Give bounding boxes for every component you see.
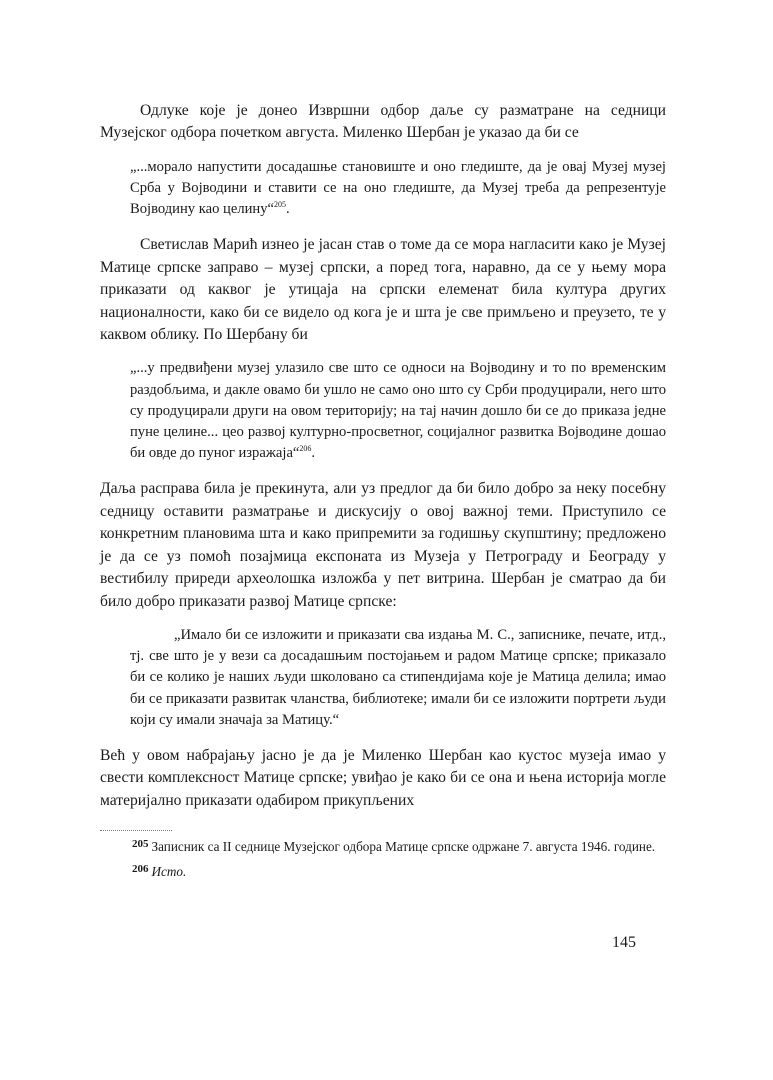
quote-text: „Имало би се изложити и приказати сва из… xyxy=(130,627,666,728)
paragraph-4: Већ у овом набрајању јасно је да је Миле… xyxy=(100,745,666,812)
paragraph-2: Светислав Марић изнео је јасан став о то… xyxy=(100,234,666,346)
footnote-number: 206 xyxy=(132,863,149,875)
paragraph-3: Даља расправа била је прекинута, али уз … xyxy=(100,478,666,612)
footnote-text: Исто. xyxy=(152,864,187,879)
quote-text: „...у предвиђени музеј улазило све што с… xyxy=(130,360,666,461)
page-number: 145 xyxy=(612,934,636,952)
footnote-ref-206[interactable]: 206 xyxy=(299,444,311,453)
paragraph-1: Одлуке које је донео Извршни одбор даље … xyxy=(100,100,666,145)
paragraph-text: Светислав Марић изнео је јасан став о то… xyxy=(100,236,666,343)
footnote-205: 205Записник са II седнице Музејског одбо… xyxy=(100,835,666,856)
footnote-206: 206Исто. xyxy=(100,860,666,881)
block-quote-matica: „Имало би се изложити и приказати сва из… xyxy=(130,625,666,731)
block-quote-205: „...морало напустити досадашње становишт… xyxy=(130,157,666,221)
footnote-separator xyxy=(100,830,172,831)
footnote-number: 205 xyxy=(132,838,149,850)
block-quote-206: „...у предвиђени музеј улазило све што с… xyxy=(130,358,666,464)
footnote-ref-205[interactable]: 205 xyxy=(274,200,286,209)
quote-text: „...морало напустити досадашње становишт… xyxy=(130,159,666,217)
paragraph-text: Даља расправа била је прекинута, али уз … xyxy=(100,480,666,609)
quote-tail: . xyxy=(311,445,315,461)
quote-tail: . xyxy=(286,201,290,217)
paragraph-text: Већ у овом набрајању јасно је да је Миле… xyxy=(100,747,666,809)
footnote-text: Записник са II седнице Музејског одбора … xyxy=(152,839,656,854)
document-page: Одлуке које је донео Извршни одбор даље … xyxy=(100,100,666,881)
paragraph-text: Одлуке које је донео Извршни одбор даље … xyxy=(100,102,666,141)
